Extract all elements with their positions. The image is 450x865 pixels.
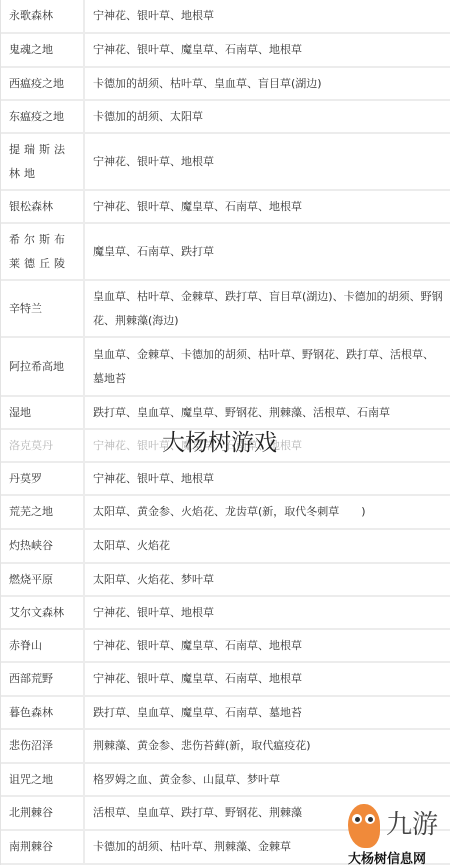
location-cell: 西部荒野	[1, 663, 85, 695]
herbs-cell: 荆棘藻、黄金参、悲伤苔藓(新，取代瘟疫花)	[85, 730, 450, 762]
location-cell: 湿地	[1, 397, 85, 428]
herbs-cell: 卡德加的胡须、枯叶草、皇血草、盲目草(湖边)	[85, 68, 450, 99]
location-cell: 南荆棘谷	[1, 831, 85, 863]
table-row: 湿地 跌打草、皇血草、魔皇草、野钢花、荆棘藻、活根草、石南草	[1, 397, 450, 430]
location-cell: 银松森林	[1, 191, 85, 222]
table-row: 诅咒之地 格罗姆之血、黄金参、山鼠草、梦叶草	[1, 764, 450, 797]
location-cell: 荒芜之地	[1, 496, 85, 528]
location-cell: 永歌森林	[1, 0, 85, 32]
herbs-cell: 宁神花、银叶草、地根草	[85, 463, 450, 494]
location-cell: 提瑞斯法林地	[1, 134, 85, 189]
location-cell: 北荆棘谷	[1, 797, 85, 829]
herbs-cell: 格罗姆之血、黄金参、山鼠草、梦叶草	[85, 764, 450, 795]
table-row: 东瘟疫之地 卡德加的胡须、太阳草	[1, 101, 450, 134]
table-row: 银松森林 宁神花、银叶草、魔皇草、石南草、地根草	[1, 191, 450, 224]
herbs-cell: 宁神花、银叶草、魔皇草、石南草、地根草	[85, 630, 450, 661]
location-cell: 鬼魂之地	[1, 34, 85, 66]
table-row: 阿拉希高地 皇血草、金棘草、卡德加的胡须、枯叶草、野钢花、跌打草、活根草、墓地苔	[1, 338, 450, 397]
herbs-cell: 宁神花、银叶草、地根草	[85, 597, 450, 628]
location-cell: 希尔斯布莱德丘陵	[1, 224, 85, 279]
herbs-cell: 卡德加的胡须、枯叶草、荆棘藻、金棘草	[85, 831, 450, 863]
table-row: 暮色森林 跌打草、皇血草、魔皇草、石南草、墓地苔	[1, 697, 450, 730]
herbs-cell: 活根草、皇血草、跌打草、野钢花、荆棘藻	[85, 797, 450, 829]
herbs-cell: 宁神花、银叶草、魔皇草、石南草、地根草	[85, 191, 450, 222]
herbs-cell: 太阳草、黄金参、火焰花、龙齿草(新，取代冬刺草 )	[85, 496, 450, 528]
table-row: 西瘟疫之地 卡德加的胡须、枯叶草、皇血草、盲目草(湖边)	[1, 68, 450, 101]
location-cell: 洛克莫丹	[1, 430, 85, 461]
table-row: 鬼魂之地 宁神花、银叶草、魔皇草、石南草、地根草	[1, 34, 450, 68]
table-row: 悲伤沼泽 荆棘藻、黄金参、悲伤苔藓(新，取代瘟疫花)	[1, 730, 450, 764]
herbs-cell: 跌打草、皇血草、魔皇草、野钢花、荆棘藻、活根草、石南草	[85, 397, 450, 428]
herbs-cell: 太阳草、火焰花、梦叶草	[85, 564, 450, 595]
location-cell: 西瘟疫之地	[1, 68, 85, 99]
location-cell: 燃烧平原	[1, 564, 85, 595]
herbs-cell: 宁神花、银叶草、地根草	[85, 0, 450, 32]
herbs-cell: 皇血草、金棘草、卡德加的胡须、枯叶草、野钢花、跌打草、活根草、墓地苔	[85, 338, 450, 395]
location-cell: 悲伤沼泽	[1, 730, 85, 762]
location-cell: 赤脊山	[1, 630, 85, 661]
location-cell: 灼热峡谷	[1, 530, 85, 562]
location-cell: 丹莫罗	[1, 463, 85, 494]
table-row: 灼热峡谷 太阳草、火焰花	[1, 530, 450, 564]
table-row: 辛特兰 皇血草、枯叶草、金棘草、跌打草、盲目草(湖边)、卡德加的胡须、野钢花、荆…	[1, 281, 450, 338]
table-row: 荒芜之地 太阳草、黄金参、火焰花、龙齿草(新，取代冬刺草 )	[1, 496, 450, 530]
herbs-cell: 宁神花、银叶草、地根草	[85, 134, 450, 189]
table-row: 北荆棘谷 活根草、皇血草、跌打草、野钢花、荆棘藻	[1, 797, 450, 831]
herbs-cell: 宁神花、银叶草、魔皇草、石南草、地根草	[85, 430, 450, 461]
table-row: 永歌森林 宁神花、银叶草、地根草	[1, 0, 450, 34]
table-row: 洛克莫丹 宁神花、银叶草、魔皇草、石南草、地根草	[1, 430, 450, 463]
table-row: 南荆棘谷 卡德加的胡须、枯叶草、荆棘藻、金棘草	[1, 831, 450, 865]
herbs-cell: 魔皇草、石南草、跌打草	[85, 224, 450, 279]
table-row: 丹莫罗 宁神花、银叶草、地根草	[1, 463, 450, 496]
location-cell: 艾尔文森林	[1, 597, 85, 628]
herbs-cell: 跌打草、皇血草、魔皇草、石南草、墓地苔	[85, 697, 450, 728]
table-row: 赤脊山 宁神花、银叶草、魔皇草、石南草、地根草	[1, 630, 450, 663]
table-row: 艾尔文森林 宁神花、银叶草、地根草	[1, 597, 450, 630]
location-cell: 诅咒之地	[1, 764, 85, 795]
herbs-cell: 太阳草、火焰花	[85, 530, 450, 562]
herbs-cell: 卡德加的胡须、太阳草	[85, 101, 450, 132]
herb-location-table: 永歌森林 宁神花、银叶草、地根草 鬼魂之地 宁神花、银叶草、魔皇草、石南草、地根…	[0, 0, 450, 865]
location-cell: 暮色森林	[1, 697, 85, 728]
table-row: 燃烧平原 太阳草、火焰花、梦叶草	[1, 564, 450, 597]
herbs-cell: 皇血草、枯叶草、金棘草、跌打草、盲目草(湖边)、卡德加的胡须、野钢花、荆棘藻(海…	[85, 281, 450, 336]
table-row: 希尔斯布莱德丘陵 魔皇草、石南草、跌打草	[1, 224, 450, 281]
table-row: 提瑞斯法林地 宁神花、银叶草、地根草	[1, 134, 450, 191]
herbs-cell: 宁神花、银叶草、魔皇草、石南草、地根草	[85, 34, 450, 66]
location-cell: 辛特兰	[1, 281, 85, 336]
table-row: 西部荒野 宁神花、银叶草、魔皇草、石南草、地根草	[1, 663, 450, 697]
location-cell: 东瘟疫之地	[1, 101, 85, 132]
location-cell: 阿拉希高地	[1, 338, 85, 395]
herbs-cell: 宁神花、银叶草、魔皇草、石南草、地根草	[85, 663, 450, 695]
